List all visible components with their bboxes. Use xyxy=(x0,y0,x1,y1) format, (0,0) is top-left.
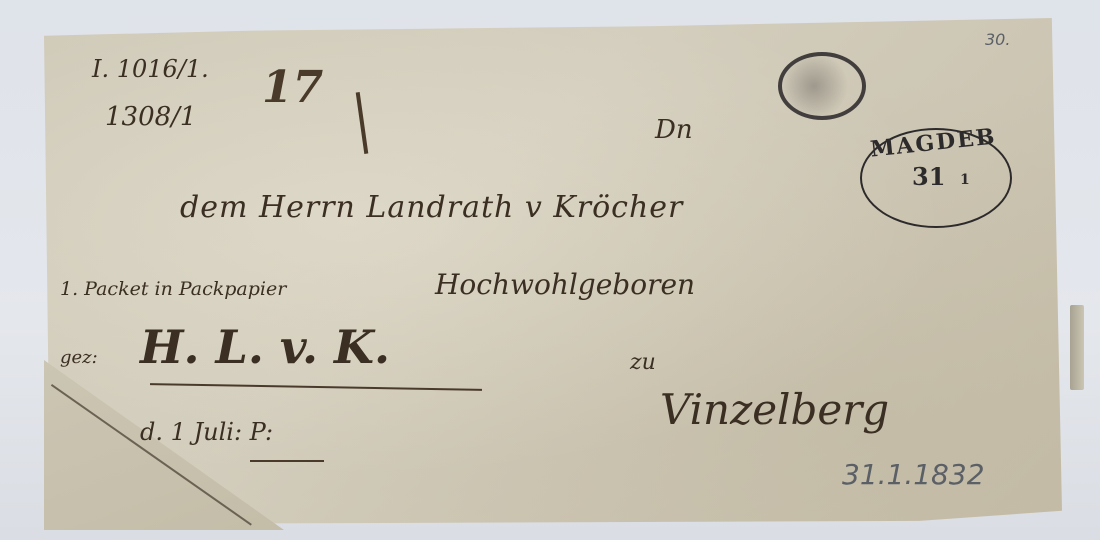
pencil-date: 31.1.1832 xyxy=(842,458,985,491)
annotation-signed-prefix: gez: xyxy=(60,347,98,368)
address-honorific: Hochwohlgeboren xyxy=(435,268,695,301)
postmark-day: 31 xyxy=(912,162,945,191)
address-recipient: dem Herrn Landrath v Kröcher xyxy=(180,190,683,225)
reference-number-1: I. 1016/1. xyxy=(92,55,209,83)
date-note-underline xyxy=(250,460,324,462)
annotation-date-note: d. 1 Juli: P: xyxy=(140,418,273,446)
address-town: Vinzelberg xyxy=(660,385,889,434)
circular-postmark xyxy=(778,52,866,120)
postmark-month: 1 xyxy=(960,172,970,188)
postage-rate-marking: 17 xyxy=(262,62,323,113)
address-salutation: Dn xyxy=(655,115,693,145)
pencil-number: 30. xyxy=(985,30,1010,49)
seal-tab xyxy=(1070,305,1084,390)
annotation-initials: H. L. v. K. xyxy=(140,320,390,374)
annotation-parcel-note: 1. Packet in Packpapier xyxy=(60,278,286,300)
address-preposition: zu xyxy=(630,350,656,375)
reference-number-2: 1308/1 xyxy=(105,102,196,132)
